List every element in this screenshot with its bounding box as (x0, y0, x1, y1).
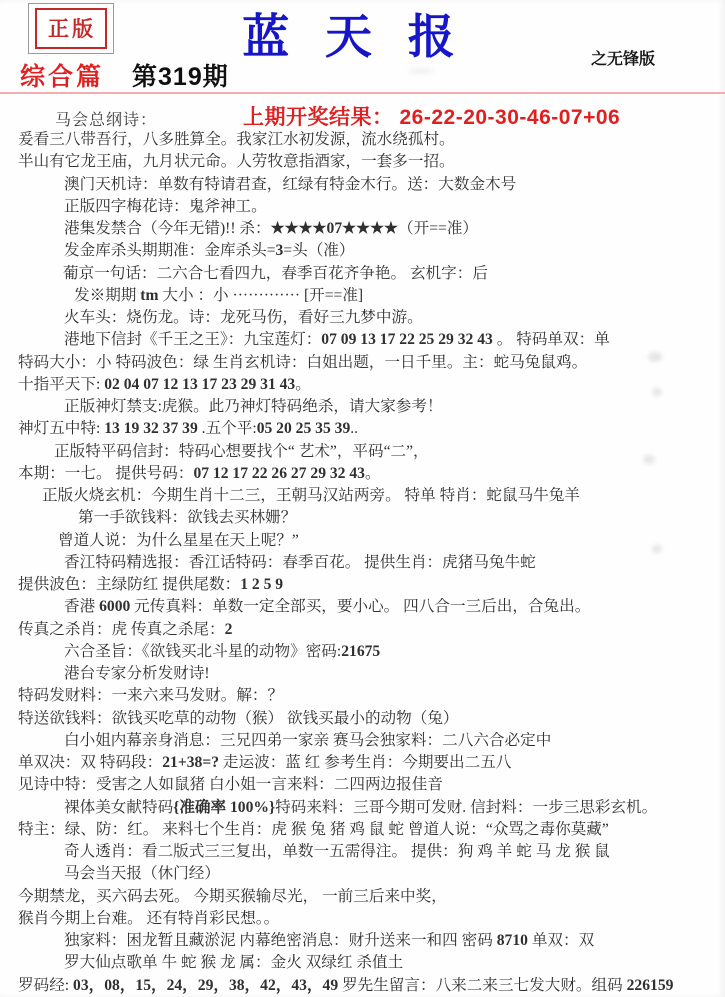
report-body: 爰看三八带吾行，八多胜算全。我家江水初发源，流水绕孤村。半山有它龙王庙，九月状元… (18, 129, 725, 997)
report-line: 神灯五中特: 13 19 32 37 39 .五个平:05 20 25 35 3… (18, 418, 725, 440)
text-segment: 六合圣旨：《欲钱买北斗星的动物》密码: (64, 643, 341, 660)
report-line: 裸体美女献特码{准确率 100%}特码来料：三哥今期可发财. 信封料：一步三思彩… (18, 797, 725, 819)
report-line: 发※期期 tm 大小 ：小 ············· [开==准] (18, 285, 725, 307)
text-segment: 港集发禁合（今年无错)!! 杀： (64, 220, 271, 237)
report-line: 特码发财料：一来六来马发财。解：？ (18, 685, 725, 707)
text-segment: 单双：双 (528, 932, 594, 949)
text-segment: 发金库杀头期期准：金库杀头= (64, 242, 276, 259)
text-segment: 05 20 25 35 39 (257, 420, 351, 437)
text-segment: 提供波色：主绿防红 提供尾数： (18, 576, 240, 593)
report-line: 第一手欲钱料：欲钱去买林姗？ (18, 507, 725, 529)
report-line: 正版特平码信封：特码心想要找个“ 艺术”，平码“二”， (18, 441, 725, 463)
text-segment: .. (350, 420, 358, 437)
report-line: 提供波色：主绿防红 提供尾数：1 2 5 9 (18, 574, 725, 596)
report-line: 独家料：困龙暂且藏淤泥 内幕绝密消息：财升送来一和四 密码 8710 单双：双 (18, 930, 725, 952)
text-segment: 226159 (627, 977, 674, 994)
text-segment: 21675 (341, 643, 380, 660)
report-line: 十指平天下: 02 04 07 12 13 17 23 29 31 43。 (18, 374, 725, 396)
text-segment: 罗大仙点歌单 牛 蛇 猴 龙 属：金火 双绿红 杀值土 (64, 954, 403, 971)
text-segment: 正版火烧玄机：今期生肖十二三，王朝马汉站两旁。 特单 特肖：蛇鼠马牛兔羊 (42, 487, 580, 504)
text-segment: 21+38=? (162, 754, 219, 771)
text-segment: 罗先生留言：八来二来三七发大财。组码 (338, 977, 627, 994)
text-segment: 正版特平码信封：特码心想要找个“ 艺术”，平码“二”， (54, 443, 429, 460)
report-line: 猴肖今期上台难。 还有特肖彩民想。。 (18, 908, 725, 930)
text-segment: 见诗中特：受害之人如鼠猪 白小姐一言来料：二四两边报佳音 (18, 776, 443, 793)
report-line: 香港 6000 元传真料：单数一定全部买，要小心。 四八合一三后出，合兔出。 (18, 596, 725, 618)
text-segment: tm (140, 287, 158, 304)
report-line: 正版火烧玄机：今期生肖十二三，王朝马汉站两旁。 特单 特肖：蛇鼠马牛兔羊 (18, 485, 725, 507)
text-segment: 正版四字梅花诗：鬼斧神工。 (64, 198, 267, 215)
scan-artifact (652, 545, 662, 553)
report-line: 曾道人说：为什么星星在天上呢？” (18, 530, 725, 552)
text-segment: 白小姐内幕亲身消息：三兄四弟一家亲 赛马会独家料：二八六合必定中 (64, 732, 551, 749)
text-segment: 独家料：困龙暂且藏淤泥 内幕绝密消息：财升送来一和四 密码 (64, 932, 497, 949)
text-segment: 香港 (64, 598, 99, 615)
text-segment: 07 12 17 22 26 27 29 32 43 (193, 465, 365, 482)
report-line: 本期：一七。 提供号码：07 12 17 22 26 27 29 32 43。 (18, 463, 725, 485)
text-segment: 猴肖今期上台难。 还有特肖彩民想。。 (18, 910, 279, 927)
text-segment: 大小 ：小 ············· [开==准] (158, 287, 363, 304)
report-line: 特码大小：小 特码波色：绿 生肖玄机诗：白姐出题，一日千里。主：蛇马兔鼠鸡。 (18, 352, 725, 374)
report-line: 港集发禁合（今年无错)!! 杀：★★★★07★★★★（开==准） (18, 218, 725, 240)
scan-artifact (643, 455, 655, 464)
last-result-numbers: 26-22-20-30-46-07+06 (400, 106, 621, 129)
text-segment: 。 (295, 376, 311, 393)
text-segment: 火车头：烧伤龙。诗：龙死马伤，看好三九梦中游。 (64, 309, 423, 326)
text-segment: 走运波：蓝 红 参考生肖：今期要出二五八 (219, 754, 511, 771)
text-segment: =头（准） (283, 242, 354, 259)
text-segment: ★★★★07★★★★ (271, 220, 398, 237)
text-segment: 特码发财料：一来六来马发财。解：？ (18, 687, 283, 704)
text-segment: 葡京一句话：二六合七看四九，春季百花齐争艳。 玄机字：后 (63, 265, 488, 282)
text-segment: 本期：一七。 提供号码： (18, 465, 193, 482)
report-line: 香江特码精选报：香江话特码：春季百花。 提供生肖：虎猪马兔牛蛇 (18, 552, 725, 574)
report-line: 特送欲钱料：欲钱买吃草的动物（猴） 欲钱买最小的动物（兔） (18, 708, 725, 730)
report-line: 单双决：双 特码段：21+38=? 走运波：蓝 红 参考生肖：今期要出二五八 (18, 752, 725, 774)
text-segment: （开==准） (398, 220, 478, 237)
report-line: 白小姐内幕亲身消息：三兄四弟一家亲 赛马会独家料：二八六合必定中 (18, 730, 725, 752)
text-segment: 2 (225, 621, 233, 638)
text-segment: 特主：绿、防：红。 来料七个生肖：虎 猴 兔 猪 鸡 鼠 蛇 曾道人说：“众骂之… (18, 821, 609, 838)
report-line: 正版四字梅花诗：鬼斧神工。 (18, 196, 725, 218)
text-segment: 元传真料：单数一定全部买，要小心。 四八合一三后出，合兔出。 (130, 598, 590, 615)
text-segment: 传真之杀肖：虎 传真之杀尾： (18, 621, 225, 638)
report-line: 葡京一句话：二六合七看四九，春季百花齐争艳。 玄机字：后 (18, 263, 725, 285)
text-segment: 神灯五中特: (18, 420, 104, 437)
report-line: 见诗中特：受害之人如鼠猪 白小姐一言来料：二四两边报佳音 (18, 774, 725, 796)
text-segment: 港地下信封《千王之王》：九宝莲灯： (64, 331, 321, 348)
text-segment: 1 2 5 9 (240, 576, 283, 593)
report-line: 港台专家分析发财诗! (18, 663, 725, 685)
text-segment: 奇人透肖：看二版式三三复出，单数一五需得注。 提供：狗 鸡 羊 蛇 马 龙 猴 … (64, 843, 610, 860)
text-segment: 07 09 13 17 22 25 29 32 43 (321, 331, 493, 348)
edition-subtitle: 之无锋版 (591, 46, 655, 69)
text-segment: 03，08，15，24，29，38，42，43，49 (73, 977, 338, 994)
text-segment: 十指平天下: (18, 376, 104, 393)
header-divider (0, 92, 725, 94)
poem-label: 马会总纲诗： (55, 107, 157, 130)
text-segment: 02 04 07 12 13 17 23 29 31 43 (104, 376, 295, 393)
lantian-report-page: 正版 蓝 天 报 之无锋版 综合篇第319期 马会总纲诗： 上期开奖结果：26-… (0, 0, 725, 997)
scan-artifact (648, 352, 662, 362)
text-segment: 半山有它龙王庙，九月状元命。人劳牧意指酒家，一套多一招。 (18, 153, 455, 170)
issue-number: 第319期 (132, 63, 229, 91)
text-segment: 正版神灯禁支:虎猴。此乃神灯特码绝杀，请大家参考！ (64, 398, 443, 415)
text-segment: 13 19 32 37 39 (104, 420, 198, 437)
text-segment: 马会当天报（休门经） (64, 865, 220, 882)
text-segment: 今期禁龙，买六码去死。 今期买猴输尽光， 一前三后来中奖， (18, 888, 447, 905)
text-segment: 罗码经: (18, 977, 73, 994)
report-line: 半山有它龙王庙，九月状元命。人劳牧意指酒家，一套多一招。 (18, 151, 725, 173)
text-segment: 港台专家分析发财诗! (64, 665, 210, 682)
text-segment: 爰看三八带吾行，八多胜算全。我家江水初发源，流水绕孤村。 (18, 131, 455, 148)
scan-artifact (652, 388, 662, 396)
last-result-label: 上期开奖结果： (243, 106, 394, 129)
text-segment: 。 特码单双：单 (493, 331, 610, 348)
report-line: 港地下信封《千王之王》：九宝莲灯：07 09 13 17 22 25 29 32… (18, 329, 725, 351)
text-segment: 香江特码精选报：香江话特码：春季百花。 提供生肖：虎猪马兔牛蛇 (64, 554, 536, 571)
report-line: 正版神灯禁支:虎猴。此乃神灯特码绝杀，请大家参考！ (18, 396, 725, 418)
report-line: 特主：绿、防：红。 来料七个生肖：虎 猴 兔 猪 鸡 鼠 蛇 曾道人说：“众骂之… (18, 819, 725, 841)
section-name: 综合篇 (20, 63, 104, 91)
text-segment: 裸体美女献特码 (64, 799, 173, 816)
report-line: 马会当天报（休门经） (18, 863, 725, 885)
masthead-row: 马会总纲诗： 上期开奖结果：26-22-20-30-46-07+06 (0, 100, 725, 128)
report-line: 六合圣旨：《欲钱买北斗星的动物》密码:21675 (18, 641, 725, 663)
text-segment: 特码大小：小 特码波色：绿 生肖玄机诗：白姐出题，一日千里。主：蛇马兔鼠鸡。 (18, 354, 587, 371)
text-segment: 8710 (497, 932, 528, 949)
text-segment: 曾道人说：为什么星星在天上呢？” (58, 532, 299, 549)
text-segment: 发※期期 (74, 287, 140, 304)
report-line: 澳门天机诗：单数有特请君查，红绿有特金木行。送：大数金木号 (18, 174, 725, 196)
text-segment: 澳门天机诗：单数有特请君查，红绿有特金木行。送：大数金木号 (64, 176, 516, 193)
report-line: 传真之杀肖：虎 传真之杀尾：2 (18, 619, 725, 641)
report-line: 罗大仙点歌单 牛 蛇 猴 龙 属：金火 双绿红 杀值土 (18, 952, 725, 974)
report-line: 奇人透肖：看二版式三三复出，单数一五需得注。 提供：狗 鸡 羊 蛇 马 龙 猴 … (18, 841, 725, 863)
report-line: 爰看三八带吾行，八多胜算全。我家江水初发源，流水绕孤村。 (18, 129, 725, 151)
last-draw-result: 上期开奖结果：26-22-20-30-46-07+06 (243, 101, 620, 131)
text-segment: 特送欲钱料：欲钱买吃草的动物（猴） 欲钱买最小的动物（兔） (18, 710, 459, 727)
report-line: 罗码经: 03，08，15，24，29，38，42，43，49 罗先生留言：八来… (18, 975, 725, 997)
section-row: 综合篇第319期 (20, 57, 229, 93)
report-line: 发金库杀头期期准：金库杀头=3=头（准） (18, 240, 725, 262)
text-segment: 6000 (99, 598, 130, 615)
text-segment: 特码来料：三哥今期可发财. 信封料：一步三思彩玄机。 (275, 799, 657, 816)
text-segment: 单双决：双 特码段： (18, 754, 162, 771)
text-segment: .五个平: (198, 420, 257, 437)
report-line: 火车头：烧伤龙。诗：龙死马伤，看好三九梦中游。 (18, 307, 725, 329)
text-segment: 。 (365, 465, 381, 482)
text-segment: {准确率 100%} (173, 799, 275, 816)
report-line: 今期禁龙，买六码去死。 今期买猴输尽光， 一前三后来中奖， (18, 886, 725, 908)
text-segment: 第一手欲钱料：欲钱去买林姗？ (78, 509, 296, 526)
scan-artifact (408, 68, 434, 74)
